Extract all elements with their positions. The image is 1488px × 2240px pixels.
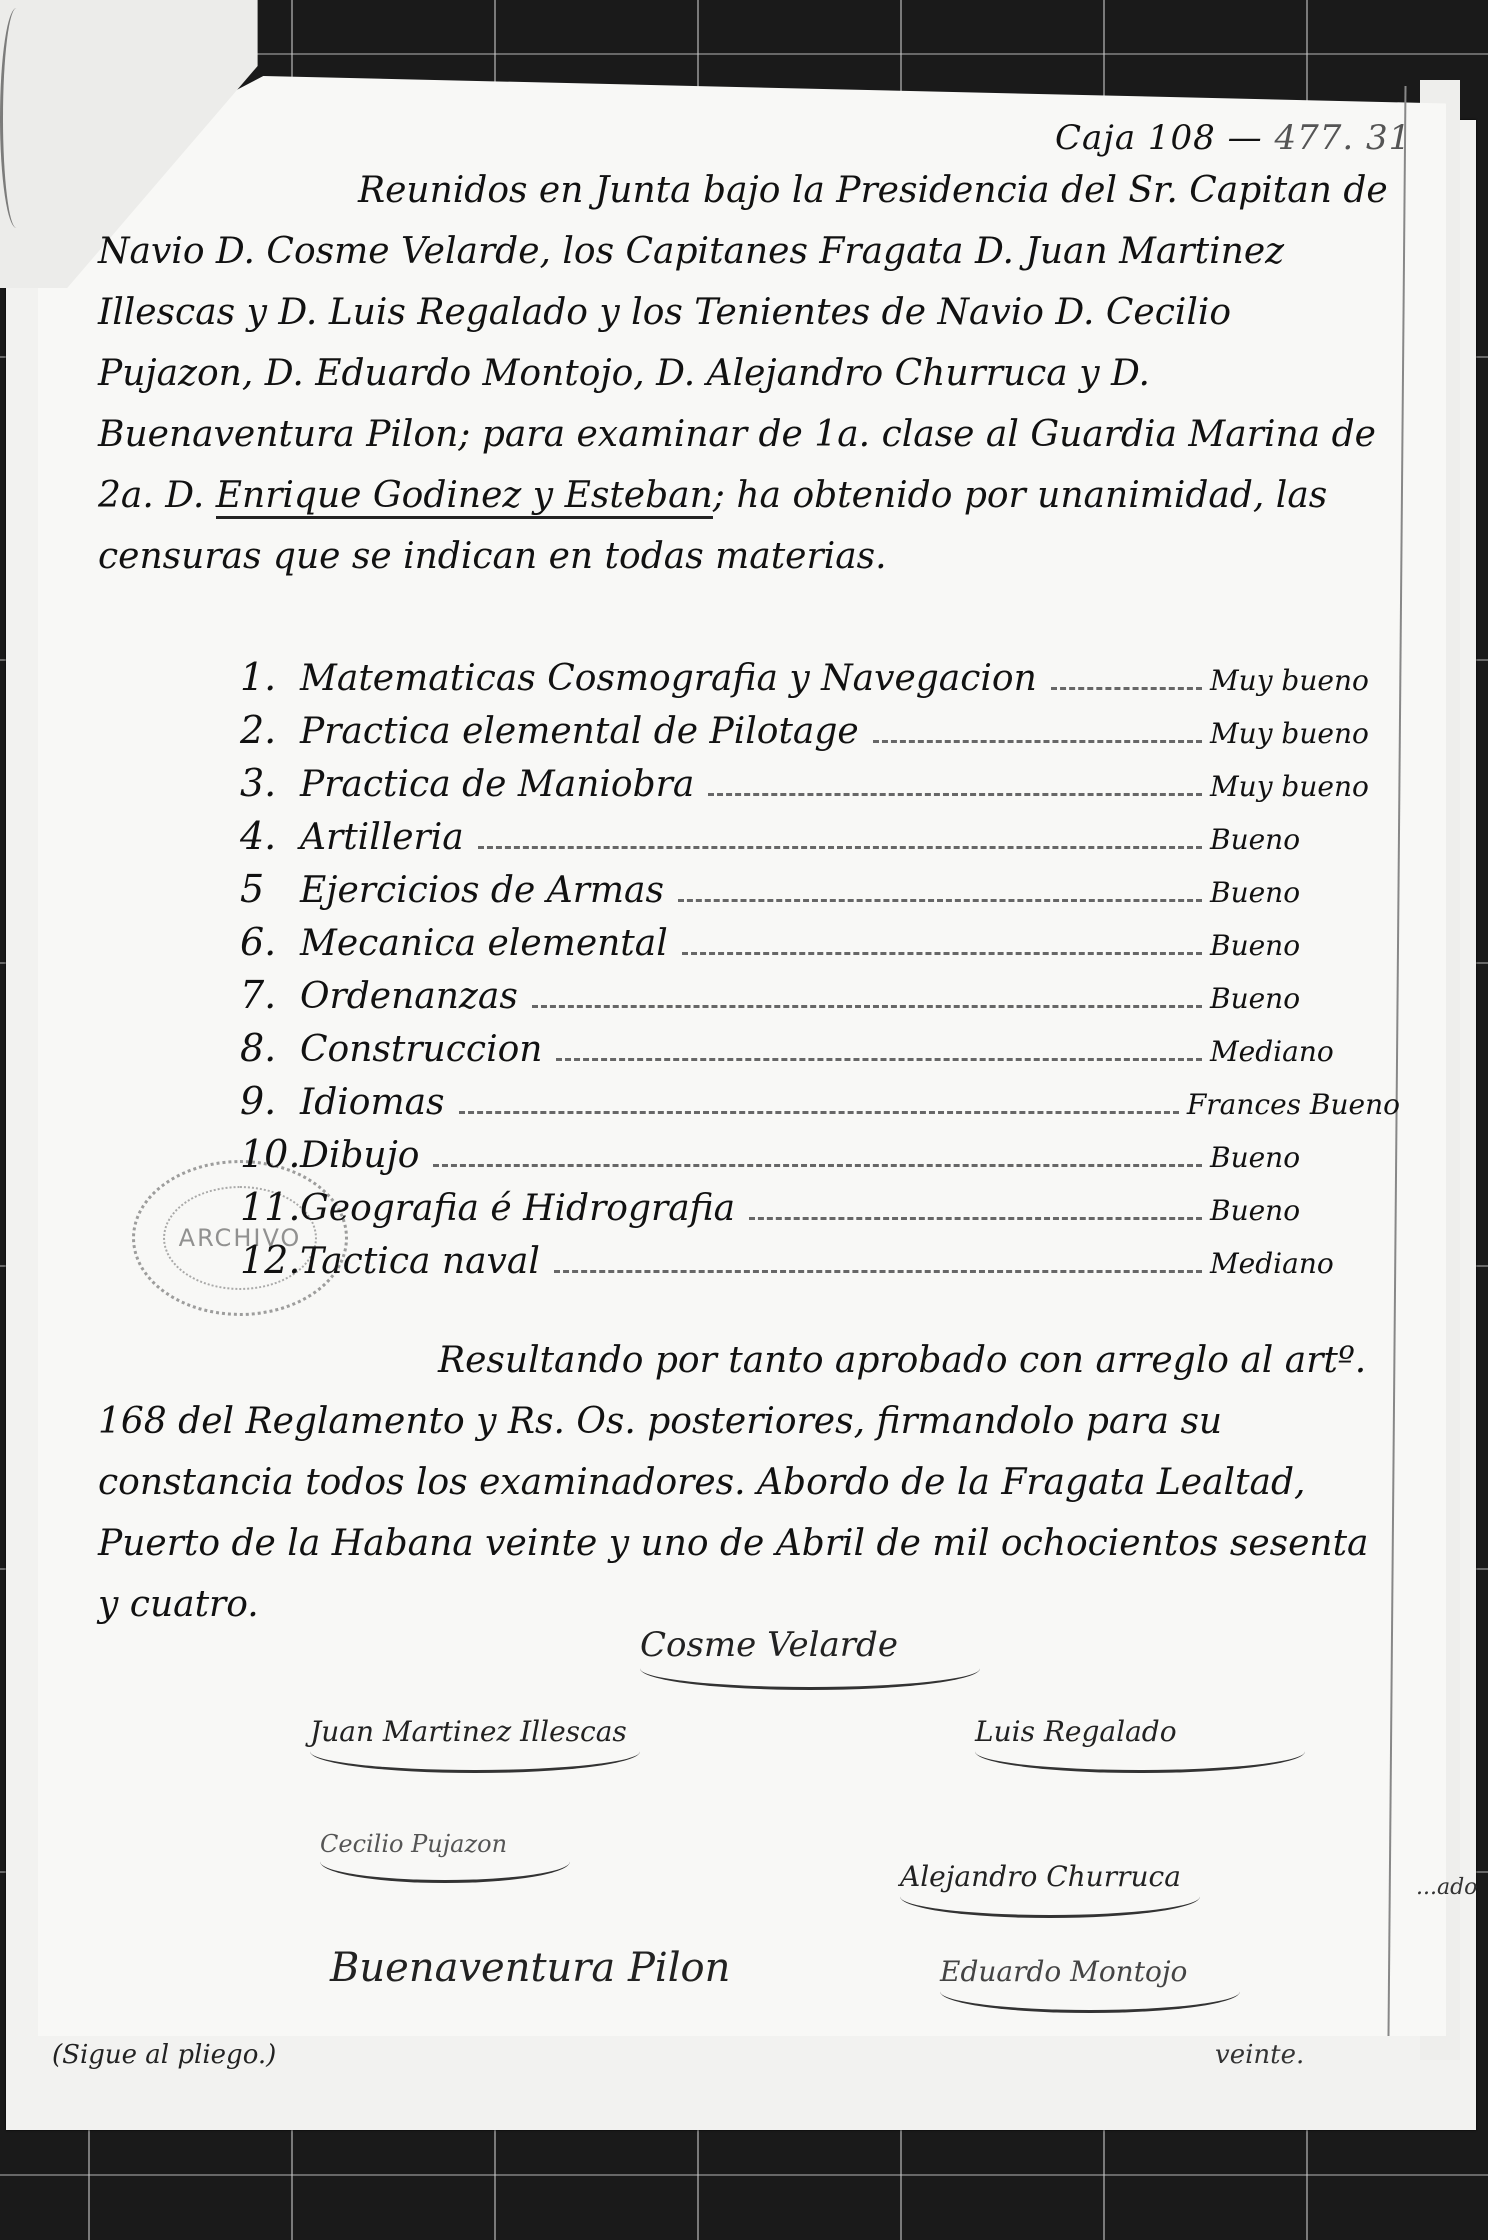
subject-row: 9.IdiomasFrances Bueno <box>240 1079 1400 1132</box>
subject-name: Practica de Maniobra <box>300 764 694 805</box>
subject-number: 5 <box>240 867 300 911</box>
leader-dashes <box>532 1005 1202 1008</box>
subject-name: Construccion <box>300 1029 542 1070</box>
subject-number: 10. <box>240 1132 300 1176</box>
subject-row: 8.ConstruccionMediano <box>240 1026 1400 1079</box>
subject-grade: Bueno <box>1210 1194 1400 1227</box>
subject-grades-list: 1.Matematicas Cosmografia y NavegacionMu… <box>240 655 1400 1291</box>
ref-separator: — <box>1228 118 1263 158</box>
subject-name: Dibujo <box>300 1135 419 1176</box>
leader-dashes <box>873 740 1202 743</box>
subject-number: 3. <box>240 761 300 805</box>
subject-grade: Mediano <box>1210 1035 1400 1068</box>
subject-number: 6. <box>240 920 300 964</box>
subject-row: 1.Matematicas Cosmografia y NavegacionMu… <box>240 655 1400 708</box>
signature-name: Cosme Velarde <box>640 1625 898 1665</box>
edge-text-fragment: ...ado <box>1416 1875 1477 1900</box>
subject-grade: Muy bueno <box>1210 770 1400 803</box>
subject-number: 7. <box>240 973 300 1017</box>
subject-number: 4. <box>240 814 300 858</box>
underlying-note-right: veinte. <box>1215 2040 1304 2070</box>
subject-number: 11. <box>240 1185 300 1229</box>
opening-paragraph: Reunidos en Junta bajo la Presidencia de… <box>98 160 1388 587</box>
subject-row: 11.Geografia é HidrografiaBueno <box>240 1185 1400 1238</box>
subject-name: Idiomas <box>300 1082 445 1123</box>
archive-reference: Caja 108 — 477. 31 <box>1055 118 1411 158</box>
signature-examiner: Alejandro Churruca <box>900 1860 1200 1918</box>
underlying-note-left: (Sigue al pliego.) <box>52 2040 276 2070</box>
subject-row: 4.ArtilleriaBueno <box>240 814 1400 867</box>
signature-name: Alejandro Churruca <box>900 1860 1181 1893</box>
subject-name: Geografia é Hidrografia <box>300 1188 735 1229</box>
subject-number: 9. <box>240 1079 300 1123</box>
subject-row: 12.Tactica navalMediano <box>240 1238 1400 1291</box>
signature-name: Buenaventura Pilon <box>330 1945 730 1991</box>
subject-row: 6.Mecanica elementalBueno <box>240 920 1400 973</box>
subject-number: 1. <box>240 655 300 699</box>
subject-name: Artilleria <box>300 817 464 858</box>
subject-row: 3.Practica de ManiobraMuy bueno <box>240 761 1400 814</box>
leader-dashes <box>433 1164 1202 1167</box>
signature-name: Juan Martinez Illescas <box>310 1715 627 1748</box>
signature-name: Luis Regalado <box>975 1715 1177 1748</box>
subject-number: 8. <box>240 1026 300 1070</box>
subject-grade: Bueno <box>1210 982 1400 1015</box>
subject-name: Practica elemental de Pilotage <box>300 711 859 752</box>
subject-name: Ordenanzas <box>300 976 518 1017</box>
subject-name: Matematicas Cosmografia y Navegacion <box>300 658 1037 699</box>
corner-ink-mark <box>0 8 33 228</box>
subject-row: 2.Practica elemental de PilotageMuy buen… <box>240 708 1400 761</box>
subject-number: 2. <box>240 708 300 752</box>
leader-dashes <box>749 1217 1202 1220</box>
leader-dashes <box>682 952 1202 955</box>
leader-dashes <box>554 1270 1202 1273</box>
subject-grade: Bueno <box>1210 876 1400 909</box>
leader-dashes <box>459 1111 1179 1114</box>
closing-paragraph: Resultando por tanto aprobado con arregl… <box>98 1330 1388 1635</box>
signature-name: Eduardo Montojo <box>940 1955 1187 1988</box>
subject-grade: Bueno <box>1210 929 1400 962</box>
subject-grade: Bueno <box>1210 823 1400 856</box>
signature-examiner: Buenaventura Pilon <box>330 1945 850 1991</box>
subject-row: 10.DibujoBueno <box>240 1132 1400 1185</box>
leader-dashes <box>556 1058 1202 1061</box>
leader-dashes <box>478 846 1202 849</box>
signature-name: Cecilio Pujazon <box>320 1830 507 1858</box>
signature-examiner: Juan Martinez Illescas <box>310 1715 640 1773</box>
leader-dashes <box>708 793 1202 796</box>
subject-grade: Frances Bueno <box>1187 1088 1400 1121</box>
subject-name: Mecanica elemental <box>300 923 668 964</box>
subject-row: 7.OrdenanzasBueno <box>240 973 1400 1026</box>
leader-dashes <box>1051 687 1202 690</box>
candidate-name: Enrique Godinez y Esteban <box>216 475 713 519</box>
subject-name: Tactica naval <box>300 1241 540 1282</box>
folio-number: 477. 31 <box>1274 118 1411 158</box>
signature-examiner: Eduardo Montojo <box>940 1955 1240 2013</box>
signature-examiner: Luis Regalado <box>975 1715 1305 1773</box>
caja-number: Caja 108 <box>1055 118 1216 158</box>
subject-grade: Mediano <box>1210 1247 1400 1280</box>
subject-name: Ejercicios de Armas <box>300 870 664 911</box>
signature-president: Cosme Velarde <box>640 1625 980 1690</box>
opening-text: Reunidos en Junta bajo la Presidencia de… <box>98 170 1388 516</box>
subject-number: 12. <box>240 1238 300 1282</box>
leader-dashes <box>678 899 1202 902</box>
subject-grade: Muy bueno <box>1210 717 1400 750</box>
subject-grade: Muy bueno <box>1210 664 1400 697</box>
signature-examiner: Cecilio Pujazon <box>320 1830 570 1883</box>
subject-row: 5Ejercicios de ArmasBueno <box>240 867 1400 920</box>
subject-grade: Bueno <box>1210 1141 1400 1174</box>
